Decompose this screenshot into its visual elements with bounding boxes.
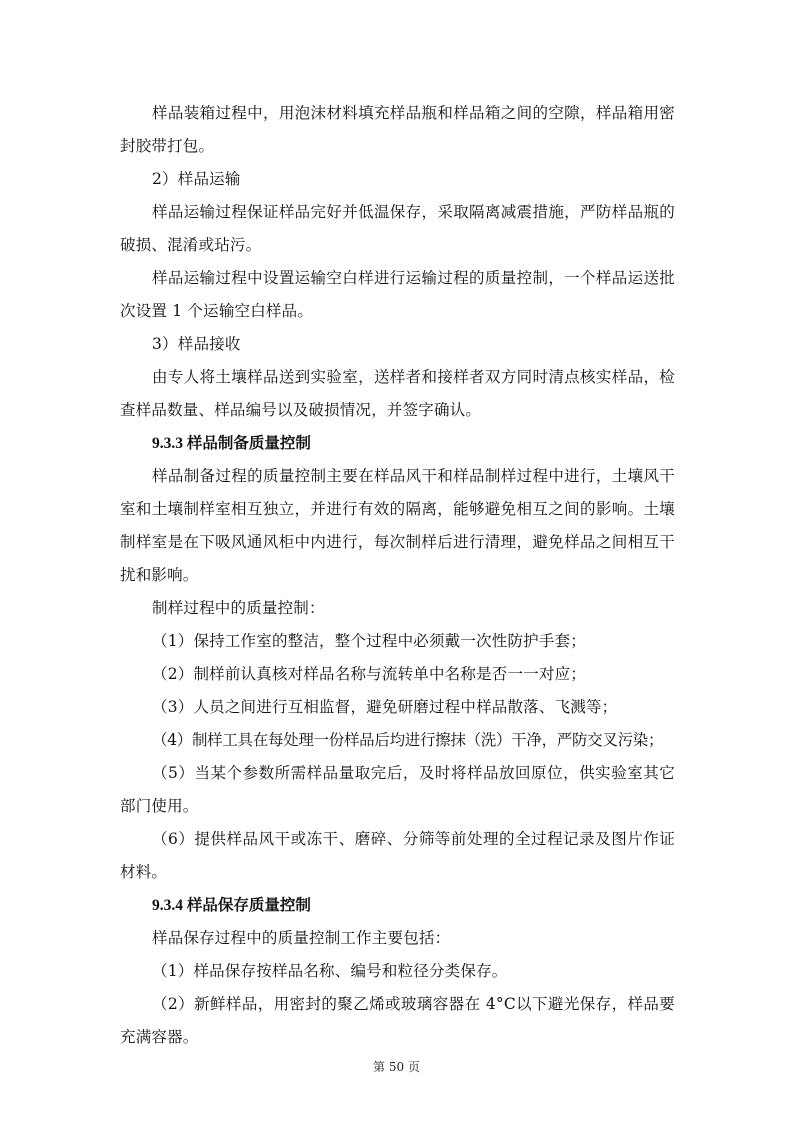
list-item: （6）提供样品风干或冻干、磨碎、分筛等前处理的全过程记录及图片作证材料。	[120, 823, 675, 889]
subheading-receiving: 3）样品接收	[120, 328, 675, 361]
subheading-transport: 2）样品运输	[120, 163, 675, 196]
paragraph-transport-blank: 样品运输过程中设置运输空白样进行运输过程的质量控制，一个样品运送批次设置 1 个…	[120, 262, 675, 328]
paragraph-receiving: 由专人将土壤样品送到实验室，送样者和接样者双方同时清点核实样品，检查样品数量、样…	[120, 361, 675, 427]
list-item: （1）样品保存按样品名称、编号和粒径分类保存。	[120, 955, 675, 988]
list-item: （1）保持工作室的整洁，整个过程中必须戴一次性防护手套；	[120, 625, 675, 658]
list-item: （4）制样工具在每处理一份样品后均进行擦抹（洗）干净，严防交叉污染；	[120, 724, 675, 757]
page-number: 第 50 页	[0, 1058, 793, 1075]
list-item: （2）新鲜样品，用密封的聚乙烯或玻璃容器在 4°C以下避光保存，样品要充满容器。	[120, 988, 675, 1054]
list-item: （3）人员之间进行互相监督，避免研磨过程中样品散落、飞溅等；	[120, 691, 675, 724]
list-item: （5）当某个参数所需样品量取完后，及时将样品放回原位，供实验室其它部门使用。	[120, 757, 675, 823]
paragraph-packing: 样品装箱过程中，用泡沫材料填充样品瓶和样品箱之间的空隙，样品箱用密封胶带打包。	[120, 97, 675, 163]
document-page: 样品装箱过程中，用泡沫材料填充样品瓶和样品箱之间的空隙，样品箱用密封胶带打包。 …	[0, 0, 793, 1122]
page-body: 样品装箱过程中，用泡沫材料填充样品瓶和样品箱之间的空隙，样品箱用密封胶带打包。 …	[120, 97, 675, 1054]
list-item: （2）制样前认真核对样品名称与流转单中名称是否一一对应；	[120, 658, 675, 691]
paragraph-transport: 样品运输过程保证样品完好并低温保存，采取隔离减震措施，严防样品瓶的破损、混淆或玷…	[120, 196, 675, 262]
paragraph-prep-qc-intro: 制样过程中的质量控制：	[120, 592, 675, 625]
paragraph-preparation: 样品制备过程的质量控制主要在样品风干和样品制样过程中进行，土壤风干室和土壤制样室…	[120, 460, 675, 592]
paragraph-storage-intro: 样品保存过程中的质量控制工作主要包括：	[120, 922, 675, 955]
section-heading-9-3-3: 9.3.3 样品制备质量控制	[120, 427, 675, 460]
section-heading-9-3-4: 9.3.4 样品保存质量控制	[120, 889, 675, 922]
